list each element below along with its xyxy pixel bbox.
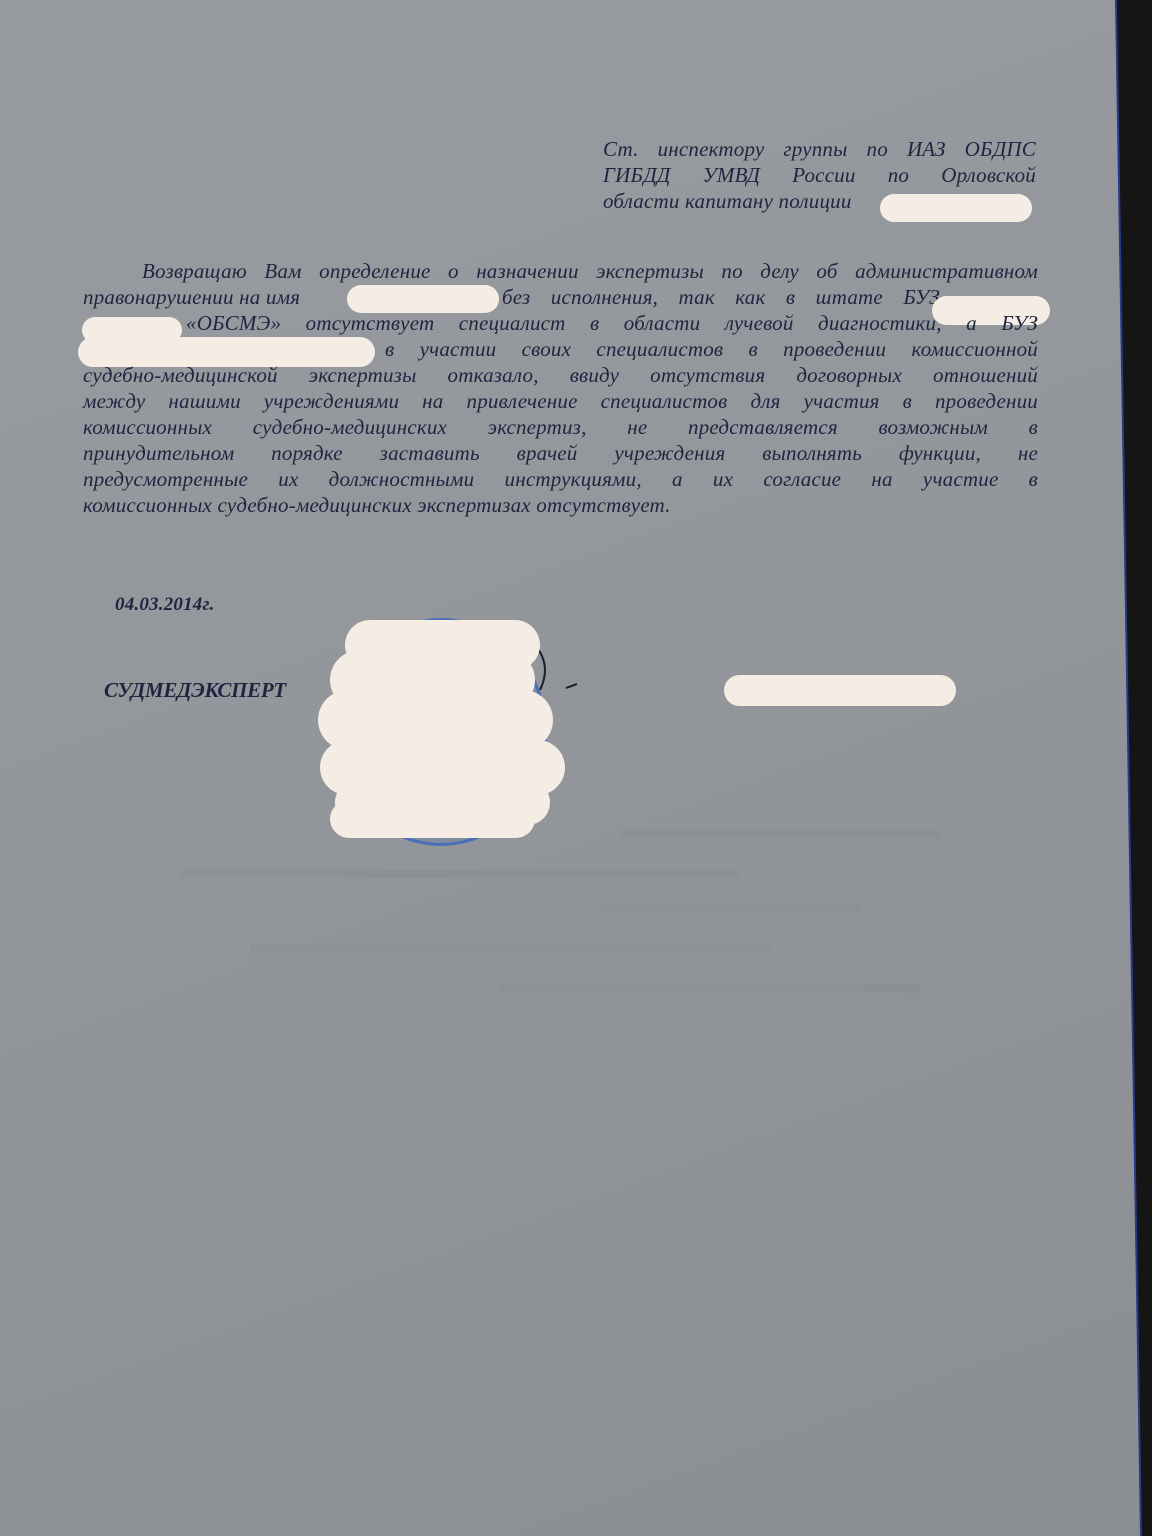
body-line-7: комиссионных судебно-медицинских эксперт… [83,414,1038,440]
signature-title: СУДМЕДЭКСПЕРТ [104,677,286,703]
addressee-line-1: Ст. инспектору группы по ИАЗ ОБДПС [603,136,1036,162]
body-line-6: между нашими учреждениями на привлечение… [83,388,1038,414]
redaction-addressee-name [880,194,1032,222]
redaction-person-name [347,285,499,313]
body-line-5: судебно-медицинской экспертизы отказало,… [83,362,1038,388]
body-line-10: комиссионных судебно-медицинских эксперт… [83,492,671,518]
body-line-8: принудительном порядке заставить врачей … [83,440,1038,466]
body-line-4: в участии своих специалистов в проведени… [385,336,1038,362]
document-date: 04.03.2014г. [115,592,214,618]
body-line-9: предусмотренные их должностными инструкц… [83,466,1038,492]
addressee-line-2: ГИБДД УМВД России по Орловской [603,162,1036,188]
body-line-1: Возвращаю Вам определение о назначении э… [142,258,1038,284]
body-line-2b: без исполнения, так как в штате БУЗ [502,284,940,310]
body-line-3: «ОБСМЭ» отсутствует специалист в области… [186,310,1038,336]
paper-sheet [0,0,1152,1536]
addressee-line-3: области капитану полиции [603,188,852,214]
redaction-expert-name [724,675,956,706]
body-line-2a: правонарушении на имя [83,284,300,310]
